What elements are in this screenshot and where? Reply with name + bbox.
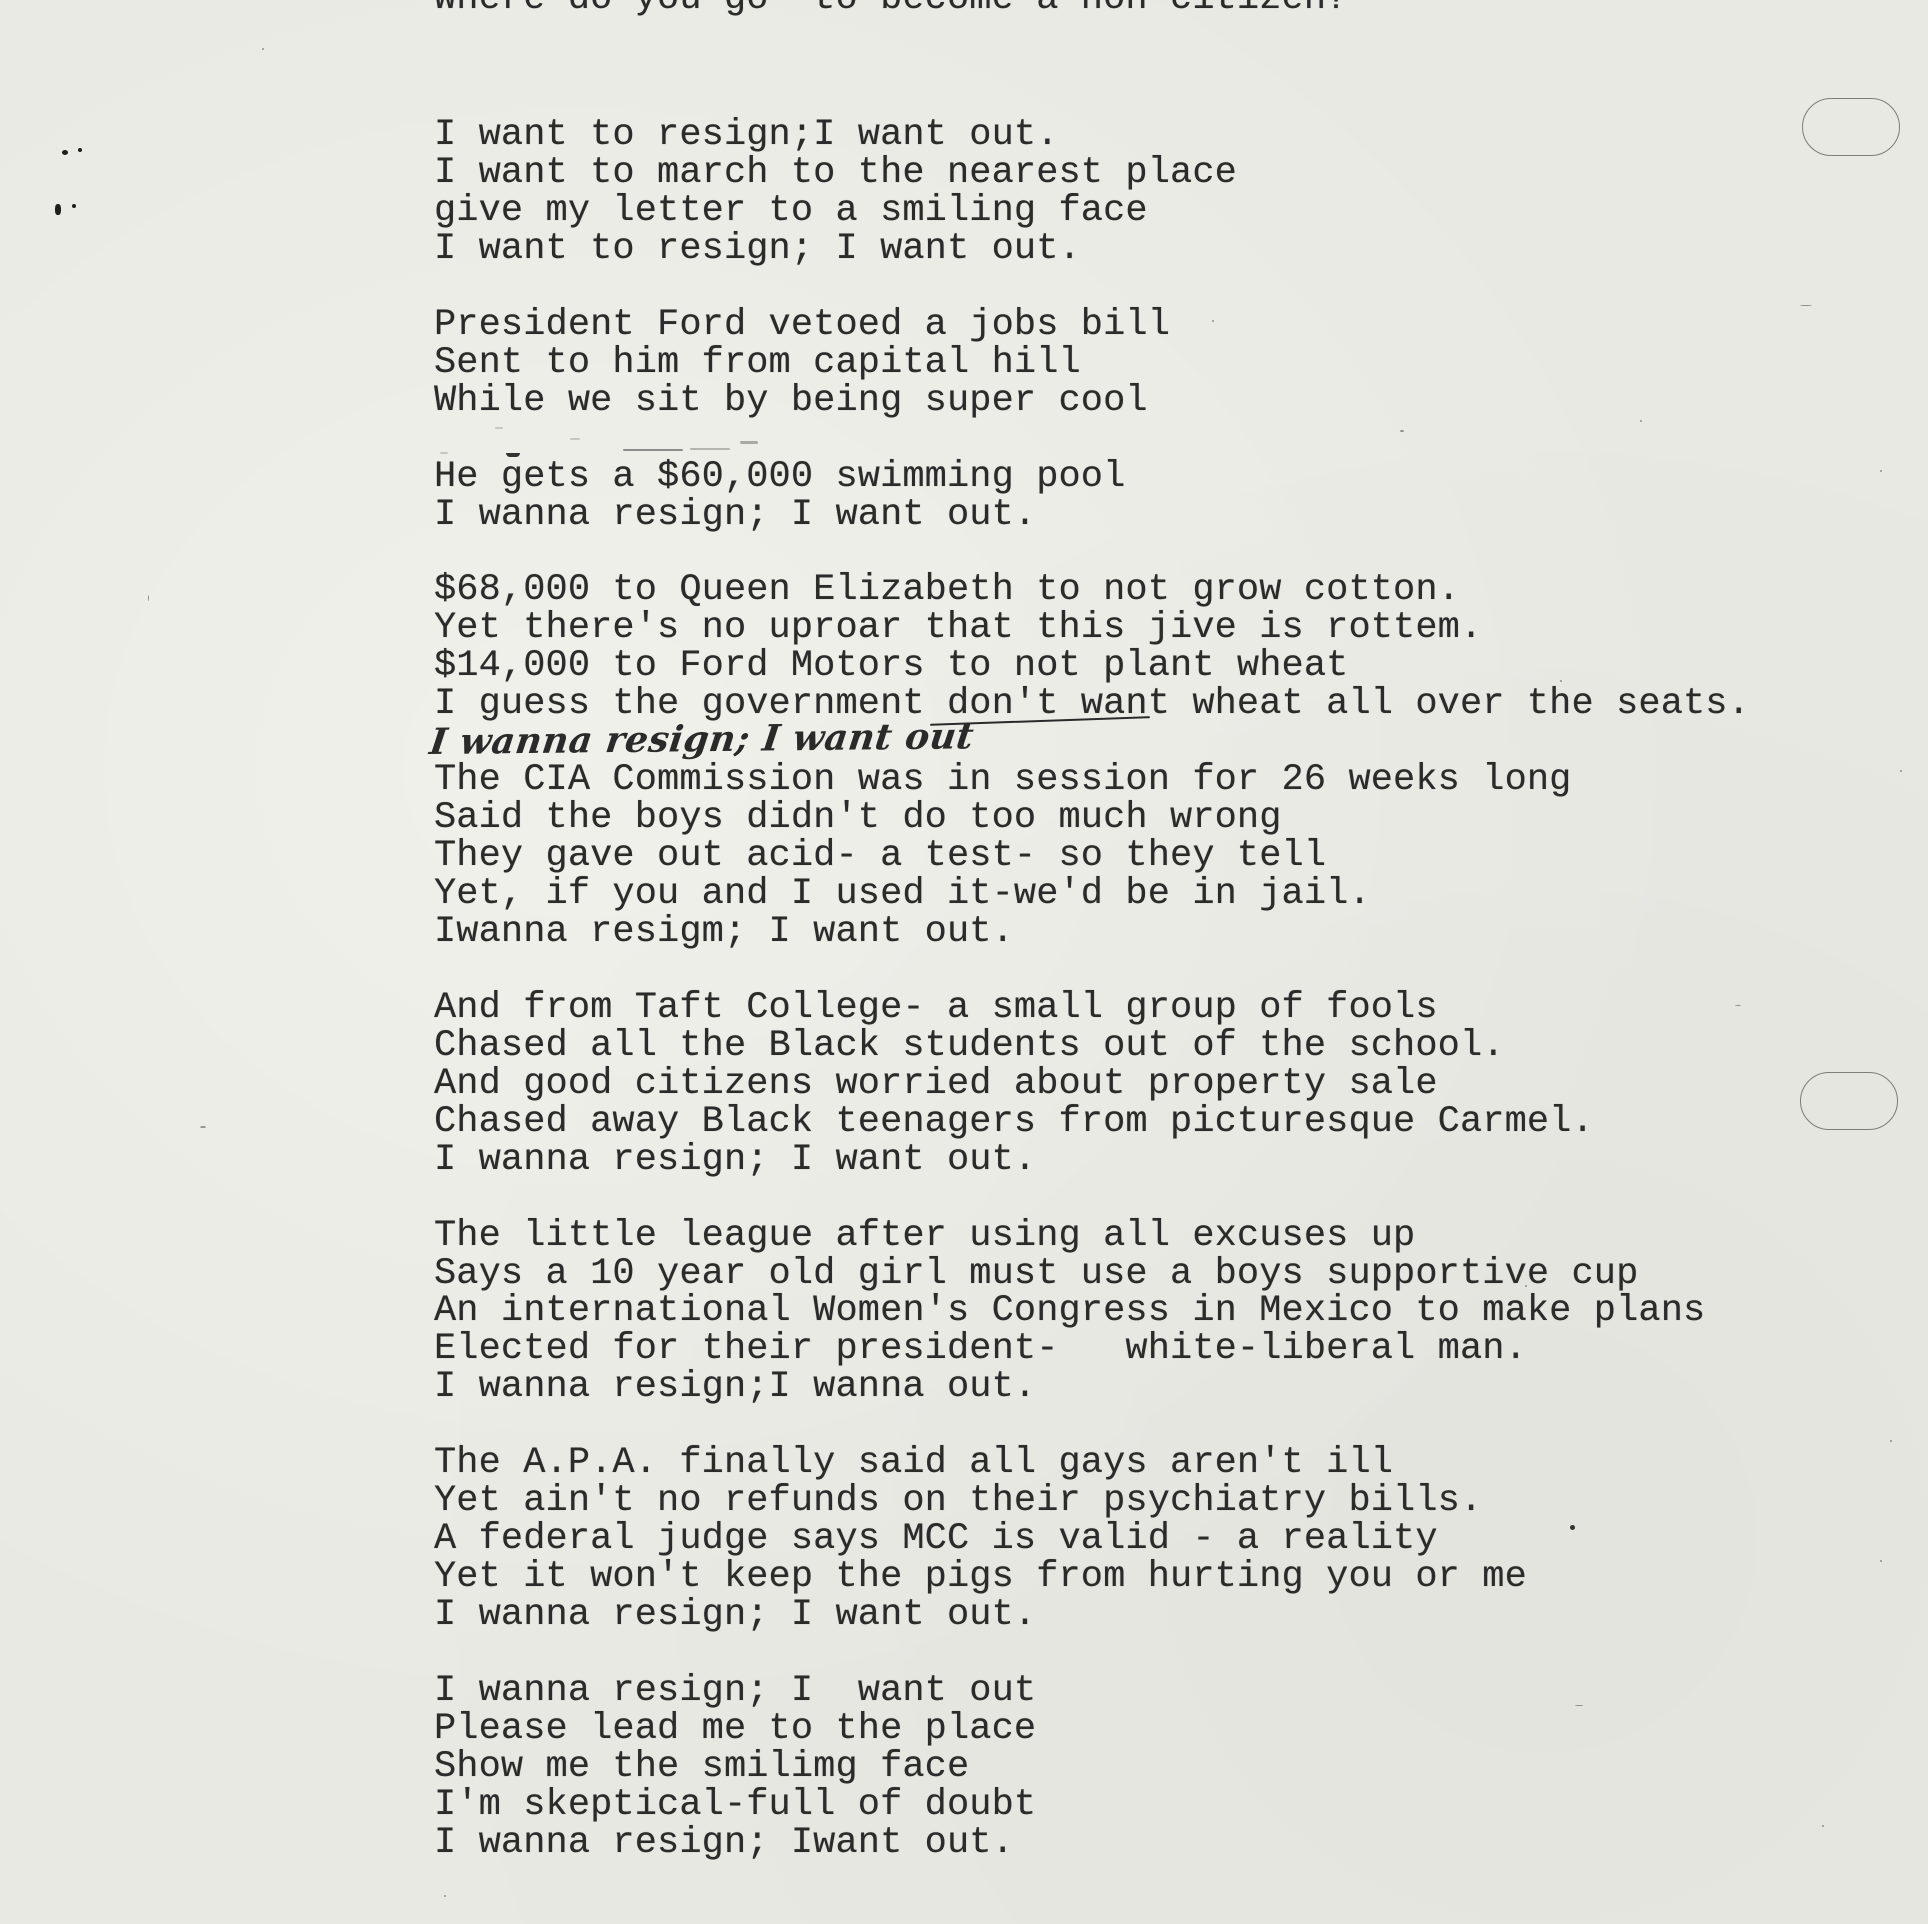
handwritten-line: I wanna resign; I want out xyxy=(428,717,977,761)
poem-line: He gets a $60,000 swimming pool xyxy=(434,458,1125,496)
poem-line: I wanna resign; I want out. xyxy=(434,1596,1036,1634)
poem-line: Yet, if you and I used it-we'd be in jai… xyxy=(434,875,1371,913)
poem-line: Please lead me to the place xyxy=(434,1710,1036,1748)
poem-line: Yet there's no uproar that this jive is … xyxy=(434,609,1482,647)
poem-line: A federal judge says MCC is valid - a re… xyxy=(434,1520,1438,1558)
dust xyxy=(262,48,264,50)
dust xyxy=(148,595,149,601)
poem-line: Says a 10 year old girl must use a boys … xyxy=(434,1255,1638,1293)
poem-line: The A.P.A. finally said all gays aren't … xyxy=(434,1444,1393,1482)
poem-line: I want to resign; I want out. xyxy=(434,230,1081,268)
punch-hole-middle xyxy=(1800,1072,1898,1130)
poem-line: give my letter to a smiling face xyxy=(434,192,1148,230)
dust xyxy=(1570,1525,1575,1530)
dust xyxy=(1880,1560,1882,1562)
poem-line: I wanna resign; I want out. xyxy=(434,496,1036,534)
dust xyxy=(1890,1440,1892,1442)
smudge-mark xyxy=(495,427,503,429)
poem-line: I want to resign;I want out. xyxy=(434,116,1059,154)
poem-line: Said the boys didn't do too much wrong xyxy=(434,799,1282,837)
poem-line: Iwanna resigm; I want out. xyxy=(434,913,1014,951)
ink-speck xyxy=(62,150,68,155)
smudge-mark xyxy=(440,452,448,454)
poem-line: The CIA Commission was in session for 26… xyxy=(434,761,1571,799)
poem-line: I wanna resign; I want out xyxy=(434,1672,1036,1710)
smudge-mark xyxy=(740,441,758,444)
poem-line: The little league after using all excuse… xyxy=(434,1217,1415,1255)
poem-line: I want to march to the nearest place xyxy=(434,154,1237,192)
poem-line: And good citizens worried about property… xyxy=(434,1065,1438,1103)
dust xyxy=(1560,680,1562,682)
ink-speck xyxy=(72,204,76,208)
smudge-mark xyxy=(506,453,520,457)
dust xyxy=(1212,320,1214,322)
smudge-mark xyxy=(623,449,683,451)
poem-line: While we sit by being super cool xyxy=(434,382,1148,420)
poem-line: An international Women's Congress in Mex… xyxy=(434,1292,1705,1330)
dust xyxy=(444,1895,446,1897)
poem-line: President Ford vetoed a jobs bill xyxy=(434,306,1170,344)
poem-line: They gave out acid- a test- so they tell xyxy=(434,837,1326,875)
dust xyxy=(1575,1705,1583,1706)
poem-line: And from Taft College- a small group of … xyxy=(434,989,1438,1027)
poem-line: Show me the smilimg face xyxy=(434,1748,969,1786)
poem-line: Elected for their president- white-liber… xyxy=(434,1330,1527,1368)
poem-line: $14,000 to Ford Motors to not plant whea… xyxy=(434,647,1348,685)
smudge-mark xyxy=(570,438,580,440)
dust xyxy=(200,1126,206,1128)
poem-line: Sent to him from capital hill xyxy=(434,344,1081,382)
document-page: Where do you go to become a non-citizen?… xyxy=(0,0,1928,1924)
ink-speck xyxy=(55,204,61,215)
dust xyxy=(1400,430,1404,432)
poem-line: I wanna resign; Iwant out. xyxy=(434,1824,1014,1862)
poem-line: I wanna resign;I wanna out. xyxy=(434,1368,1036,1406)
poem-line: I'm skeptical-full of doubt xyxy=(434,1786,1036,1824)
dust xyxy=(1800,305,1812,306)
dust xyxy=(1525,1285,1527,1287)
dust xyxy=(1822,1825,1824,1827)
cut-off-top-line: Where do you go to become a non-citizen? xyxy=(434,0,1348,18)
dust xyxy=(1880,470,1882,472)
poem-line: Yet ain't no refunds on their psychiatry… xyxy=(434,1482,1482,1520)
poem-line: I wanna resign; I want out. xyxy=(434,1141,1036,1179)
poem-line: Chased away Black teenagers from picture… xyxy=(434,1103,1594,1141)
smudge-mark xyxy=(690,448,730,450)
ink-speck xyxy=(78,148,82,152)
poem-line: Chased all the Black students out of the… xyxy=(434,1027,1505,1065)
punch-hole-top xyxy=(1802,98,1900,156)
dust xyxy=(1735,1005,1741,1006)
poem-line: $68,000 to Queen Elizabeth to not grow c… xyxy=(434,571,1460,609)
dust xyxy=(1900,770,1902,772)
poem-line: Yet it won't keep the pigs from hurting … xyxy=(434,1558,1527,1596)
dust xyxy=(1640,420,1642,422)
